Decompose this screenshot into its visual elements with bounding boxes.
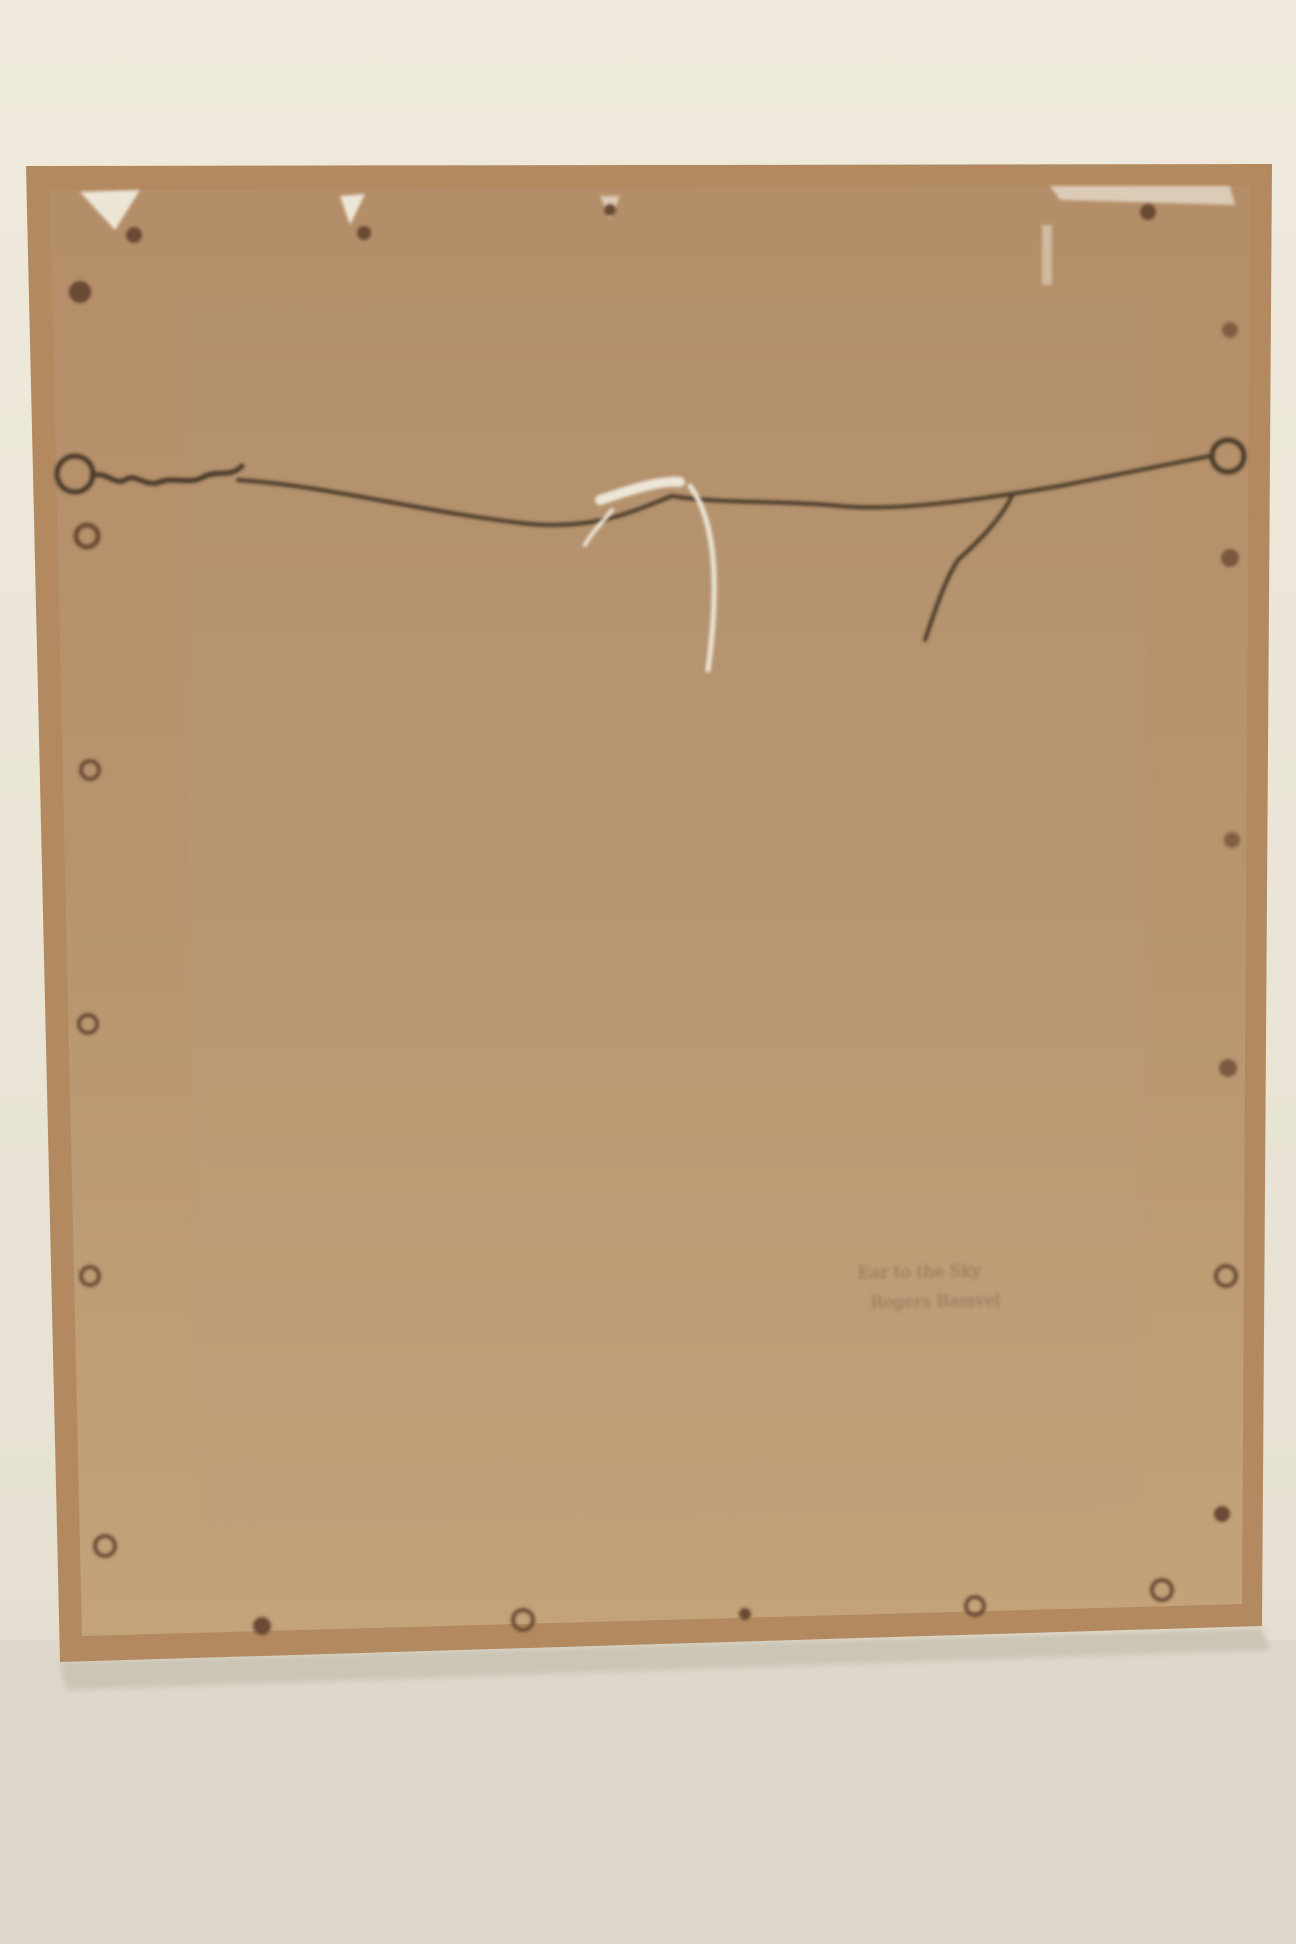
pencil-inscription: Ear to the Sky Rogers Bamvel (857, 1254, 1128, 1319)
inscription-line-1: Ear to the Sky (857, 1254, 1127, 1289)
photo-scene (0, 0, 1296, 1944)
inscription-line-2: Rogers Bamvel (858, 1284, 1128, 1319)
